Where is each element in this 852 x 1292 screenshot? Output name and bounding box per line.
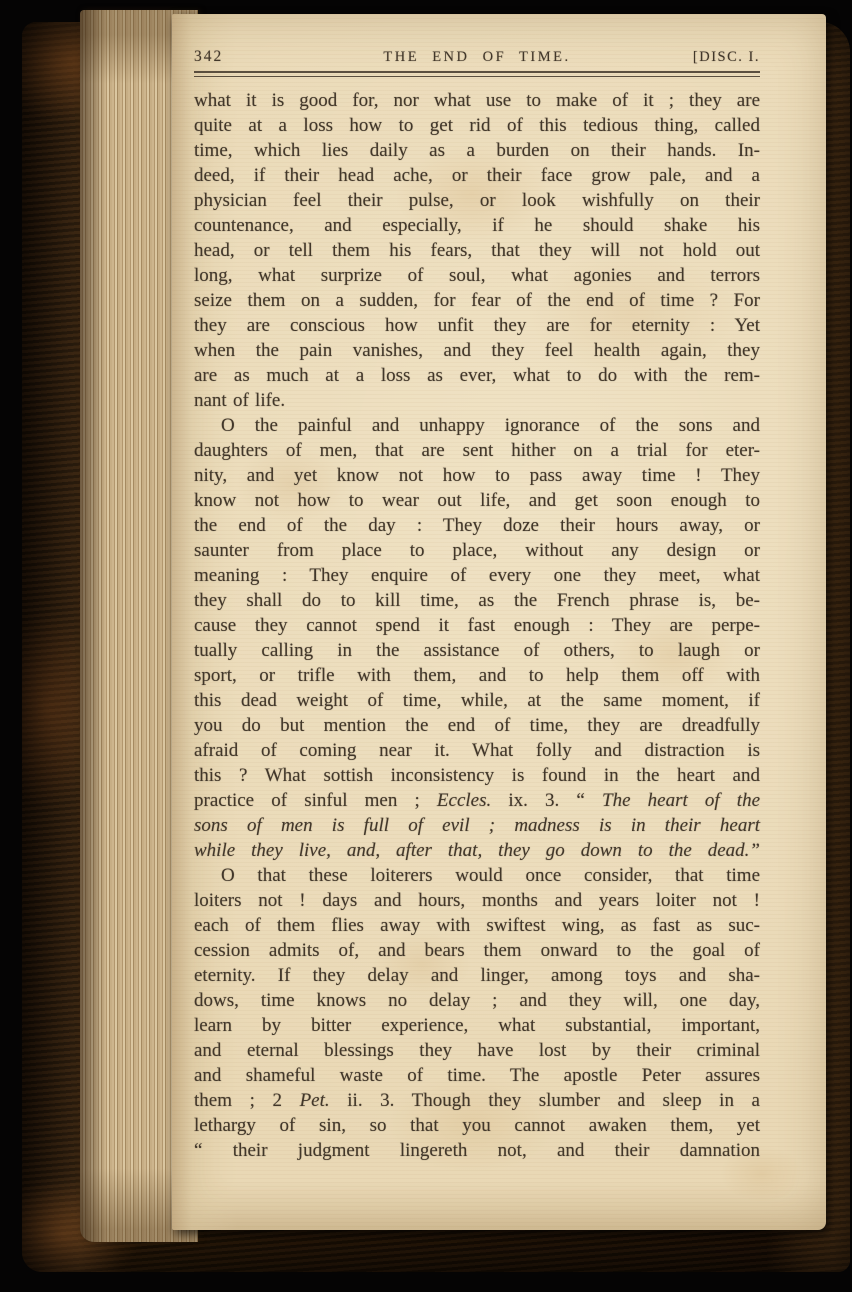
text-segment: each of them flies away with swiftest wi… [194,915,760,936]
italic-text-segment: Pet. [300,1090,330,1111]
text-line: them ; 2 Pet. ii. 3. Though they slumber… [194,1088,760,1113]
text-line: know not how to wear out life, and get s… [194,488,760,513]
text-segment: sport, or trifle with them, and to help … [194,665,760,686]
text-segment: ix. 3. “ [491,790,602,811]
text-line: tually calling in the assistance of othe… [194,638,760,663]
text-line: seize them on a sudden, for fear of the … [194,288,760,313]
text-segment: “ their judgment lingereth not, and thei… [194,1140,760,1161]
running-title: THE END OF TIME. [304,49,650,66]
text-line: this dead weight of time, while, at the … [194,688,760,713]
text-line: when the pain vanishes, and they feel he… [194,338,760,363]
italic-text-segment: sons of men is full of evil ; madness is… [194,815,760,836]
text-line: long, what surprize of soul, what agonie… [194,263,760,288]
text-segment: long, what surprize of soul, what agonie… [194,265,760,286]
text-segment: eternity. If they delay and linger, amon… [194,965,760,986]
text-line: physician feel their pulse, or look wish… [194,188,760,213]
text-line: meaning : They enquire of every one they… [194,563,760,588]
page-text: what it is good for, nor what use to mak… [194,88,760,1163]
text-line: sons of men is full of evil ; madness is… [194,813,760,838]
text-segment: this ? What sottish inconsistency is fou… [194,765,760,786]
text-line: deed, if their head ache, or their face … [194,163,760,188]
text-line: daughters of men, that are sent hither o… [194,438,760,463]
section-marker: [DISC. I. [650,49,760,66]
text-segment: ii. 3. Though they slumber and sleep in … [330,1090,760,1111]
text-line: are as much at a loss as ever, what to d… [194,363,760,388]
text-segment: meaning : They enquire of every one they… [194,565,760,586]
text-segment: head, or tell them his fears, that they … [194,240,760,261]
text-line: quite at a loss how to get rid of this t… [194,113,760,138]
text-segment: are as much at a loss as ever, what to d… [194,365,760,386]
text-line: “ their judgment lingereth not, and thei… [194,1138,760,1163]
text-line: countenance, and especially, if he shoul… [194,213,760,238]
text-segment: learn by bitter experience, what substan… [194,1015,760,1036]
text-line: head, or tell them his fears, that they … [194,238,760,263]
italic-text-segment: while they live, and, after that, they g… [194,840,760,861]
text-line: the end of the day : They doze their hou… [194,513,760,538]
text-line: nant of life. [194,388,760,413]
text-line: time, which lies daily as a burden on th… [194,138,760,163]
text-segment: this dead weight of time, while, at the … [194,690,760,711]
text-line: practice of sinful men ; Eccles. ix. 3. … [194,788,760,813]
text-segment: the end of the day : They doze their hou… [194,515,760,536]
text-line: O the painful and unhappy ignorance of t… [194,413,760,438]
text-segment: time, which lies daily as a burden on th… [194,140,760,161]
text-segment: practice of sinful men ; [194,790,437,811]
text-line: lethargy of sin, so that you cannot awak… [194,1113,760,1138]
italic-text-segment: Eccles. [437,790,491,811]
text-segment: what it is good for, nor what use to mak… [194,90,760,111]
text-line: loiters not ! days and hours, months and… [194,888,760,913]
text-segment: deed, if their head ache, or their face … [194,165,760,186]
text-segment: quite at a loss how to get rid of this t… [194,115,760,136]
text-segment: nity, and yet know not how to pass away … [194,465,760,486]
text-line: dows, time knows no delay ; and they wil… [194,988,760,1013]
text-segment: afraid of coming near it. What folly and… [194,740,760,761]
photo-background: 342 THE END OF TIME. [DISC. I. what it i… [0,0,852,1292]
text-line: they are conscious how unfit they are fo… [194,313,760,338]
text-segment: lethargy of sin, so that you cannot awak… [194,1115,760,1136]
text-segment: they shall do to kill time, as the Frenc… [194,590,760,611]
text-line: cause they cannot spend it fast enough :… [194,613,760,638]
text-segment: cession admits of, and bears them onward… [194,940,760,961]
text-line: each of them flies away with swiftest wi… [194,913,760,938]
text-segment: physician feel their pulse, or look wish… [194,190,760,211]
text-segment: countenance, and especially, if he shoul… [194,215,760,236]
text-line: while they live, and, after that, they g… [194,838,760,863]
page-number: 342 [194,48,304,66]
text-line: they shall do to kill time, as the Frenc… [194,588,760,613]
text-segment: know not how to wear out life, and get s… [194,490,760,511]
text-line: eternity. If they delay and linger, amon… [194,963,760,988]
text-segment: when the pain vanishes, and they feel he… [194,340,760,361]
text-segment: O the painful and unhappy ignorance of t… [221,415,760,436]
text-segment: and eternal blessings they have lost by … [194,1040,760,1061]
header-rule [194,71,760,77]
text-line: what it is good for, nor what use to mak… [194,88,760,113]
text-segment: they are conscious how unfit they are fo… [194,315,760,336]
text-segment: and shameful waste of time. The apostle … [194,1065,760,1086]
text-segment: tually calling in the assistance of othe… [194,640,760,661]
text-line: and shameful waste of time. The apostle … [194,1063,760,1088]
text-line: afraid of coming near it. What folly and… [194,738,760,763]
page-header: 342 THE END OF TIME. [DISC. I. [194,48,760,66]
text-line: nity, and yet know not how to pass away … [194,463,760,488]
text-line: learn by bitter experience, what substan… [194,1013,760,1038]
text-line: and eternal blessings they have lost by … [194,1038,760,1063]
italic-text-segment: The heart of the [602,790,760,811]
text-segment: nant of life. [194,390,285,411]
text-line: sport, or trifle with them, and to help … [194,663,760,688]
text-segment: them ; 2 [194,1090,300,1111]
text-line: O that these loiterers would once consid… [194,863,760,888]
text-segment: seize them on a sudden, for fear of the … [194,290,760,311]
text-segment: O that these loiterers would once consid… [221,865,760,886]
text-line: this ? What sottish inconsistency is fou… [194,763,760,788]
text-segment: you do but mention the end of time, they… [194,715,760,736]
text-line: you do but mention the end of time, they… [194,713,760,738]
text-line: saunter from place to place, without any… [194,538,760,563]
text-segment: daughters of men, that are sent hither o… [194,440,760,461]
text-line: cession admits of, and bears them onward… [194,938,760,963]
book-page: 342 THE END OF TIME. [DISC. I. what it i… [172,14,826,1230]
text-segment: saunter from place to place, without any… [194,540,760,561]
text-segment: loiters not ! days and hours, months and… [194,890,760,911]
text-segment: cause they cannot spend it fast enough :… [194,615,760,636]
text-segment: dows, time knows no delay ; and they wil… [194,990,760,1011]
